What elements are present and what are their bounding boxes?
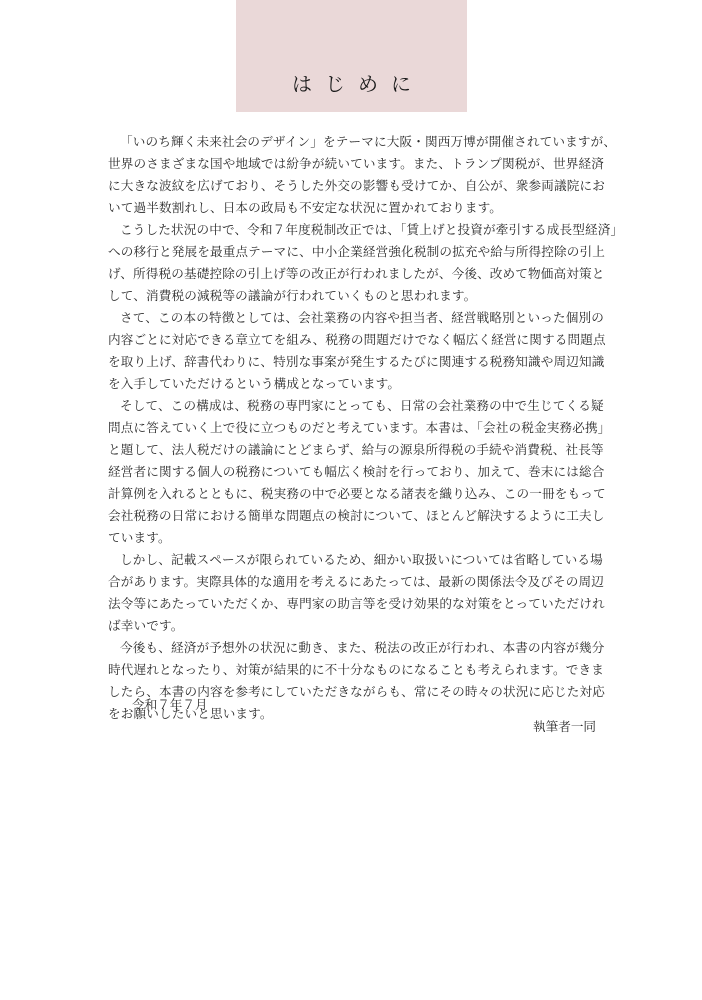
text-line: ば幸いです。 bbox=[108, 615, 608, 637]
text-line: 経営者に関する個人の税務についても幅広く検討を行っており、加えて、巻末には総合 bbox=[108, 461, 608, 483]
paragraph: そして、この構成は、税務の専門家にとっても、日常の会社業務の中で生じてくる疑 問… bbox=[108, 395, 608, 549]
text-line: を取り上げ、辞書代わりに、特別な事案が発生するたびに関連する税務知識や周辺知識 bbox=[108, 351, 608, 373]
preface-body: 「いのち輝く未来社会のデザイン」をテーマに大阪・関西万博が開催されていますが、 … bbox=[108, 131, 608, 725]
text-line: 問点に答えていく上で役に立つものだと考えています。本書は、「会社の税金実務必携」 bbox=[108, 417, 608, 439]
text-line: 「いのち輝く未来社会のデザイン」をテーマに大阪・関西万博が開催されていますが、 bbox=[108, 131, 608, 153]
text-line: と題して、法人税だけの議論にとどまらず、給与の源泉所得税の手続や消費税、社長等 bbox=[108, 439, 608, 461]
text-line: 法令等にあたっていただくか、専門家の助言等を受け効果的な対策をとっていただけれ bbox=[108, 593, 608, 615]
text-line: 時代遅れとなったり、対策が結果的に不十分なものになることも考えられます。できま bbox=[108, 659, 608, 681]
text-line: を入手していただけるという構成となっています。 bbox=[108, 373, 608, 395]
text-line: に大きな波紋を広げており、そうした外交の影響も受けてか、自公が、衆参両議院にお bbox=[108, 175, 608, 197]
paragraph: 「いのち輝く未来社会のデザイン」をテーマに大阪・関西万博が開催されていますが、 … bbox=[108, 131, 608, 219]
text-line: いて過半数割れし、日本の政局も不安定な状況に置かれております。 bbox=[108, 197, 608, 219]
text-line: 計算例を入れるとともに、税実務の中で必要となる諸表を織り込み、この一冊をもって bbox=[108, 483, 608, 505]
text-line: への移行と発展を最重点テーマに、中小企業経営強化税制の拡充や給与所得控除の引上 bbox=[108, 241, 608, 263]
text-line: 世界のさまざまな国や地域では紛争が続いています。また、トランプ関税が、世界経済 bbox=[108, 153, 608, 175]
paragraph: さて、この本の特徴としては、会社業務の内容や担当者、経営戦略別といった個別の 内… bbox=[108, 307, 608, 395]
paragraph: こうした状況の中で、令和７年度税制改正では、「賃上げと投資が牽引する成長型経済」… bbox=[108, 219, 608, 307]
author-signature: 執筆者一同 bbox=[533, 716, 596, 738]
paragraph: しかし、記載スペースが限られているため、細かい取扱いについては省略している場 合… bbox=[108, 549, 608, 637]
text-line: 会社税務の日常における簡単な問題点の検討について、ほとんど解決するように工夫し bbox=[108, 505, 608, 527]
text-line: 今後も、経済が予想外の状況に動き、また、税法の改正が行われ、本書の内容が幾分 bbox=[108, 637, 608, 659]
text-line: さて、この本の特徴としては、会社業務の内容や担当者、経営戦略別といった個別の bbox=[108, 307, 608, 329]
text-line: しかし、記載スペースが限られているため、細かい取扱いについては省略している場 bbox=[108, 549, 608, 571]
text-line: ています。 bbox=[108, 527, 608, 549]
page-title: はじめに bbox=[236, 68, 467, 97]
text-line: 合があります。実際具体的な適用を考えるにあたっては、最新の関係法令及びその周辺 bbox=[108, 571, 608, 593]
date: 令和７年７月 bbox=[132, 694, 208, 716]
text-line: そして、この構成は、税務の専門家にとっても、日常の会社業務の中で生じてくる疑 bbox=[108, 395, 608, 417]
text-line: 内容ごとに対応できる章立てを組み、税務の問題だけでなく幅広く経営に関する問題点 bbox=[108, 329, 608, 351]
title-box: はじめに bbox=[236, 0, 467, 112]
text-line: こうした状況の中で、令和７年度税制改正では、「賃上げと投資が牽引する成長型経済」 bbox=[108, 219, 608, 241]
text-line: して、消費税の減税等の議論が行われていくものと思われます。 bbox=[108, 285, 608, 307]
text-line: げ、所得税の基礎控除の引上げ等の改正が行われましたが、今後、改めて物価高対策と bbox=[108, 263, 608, 285]
